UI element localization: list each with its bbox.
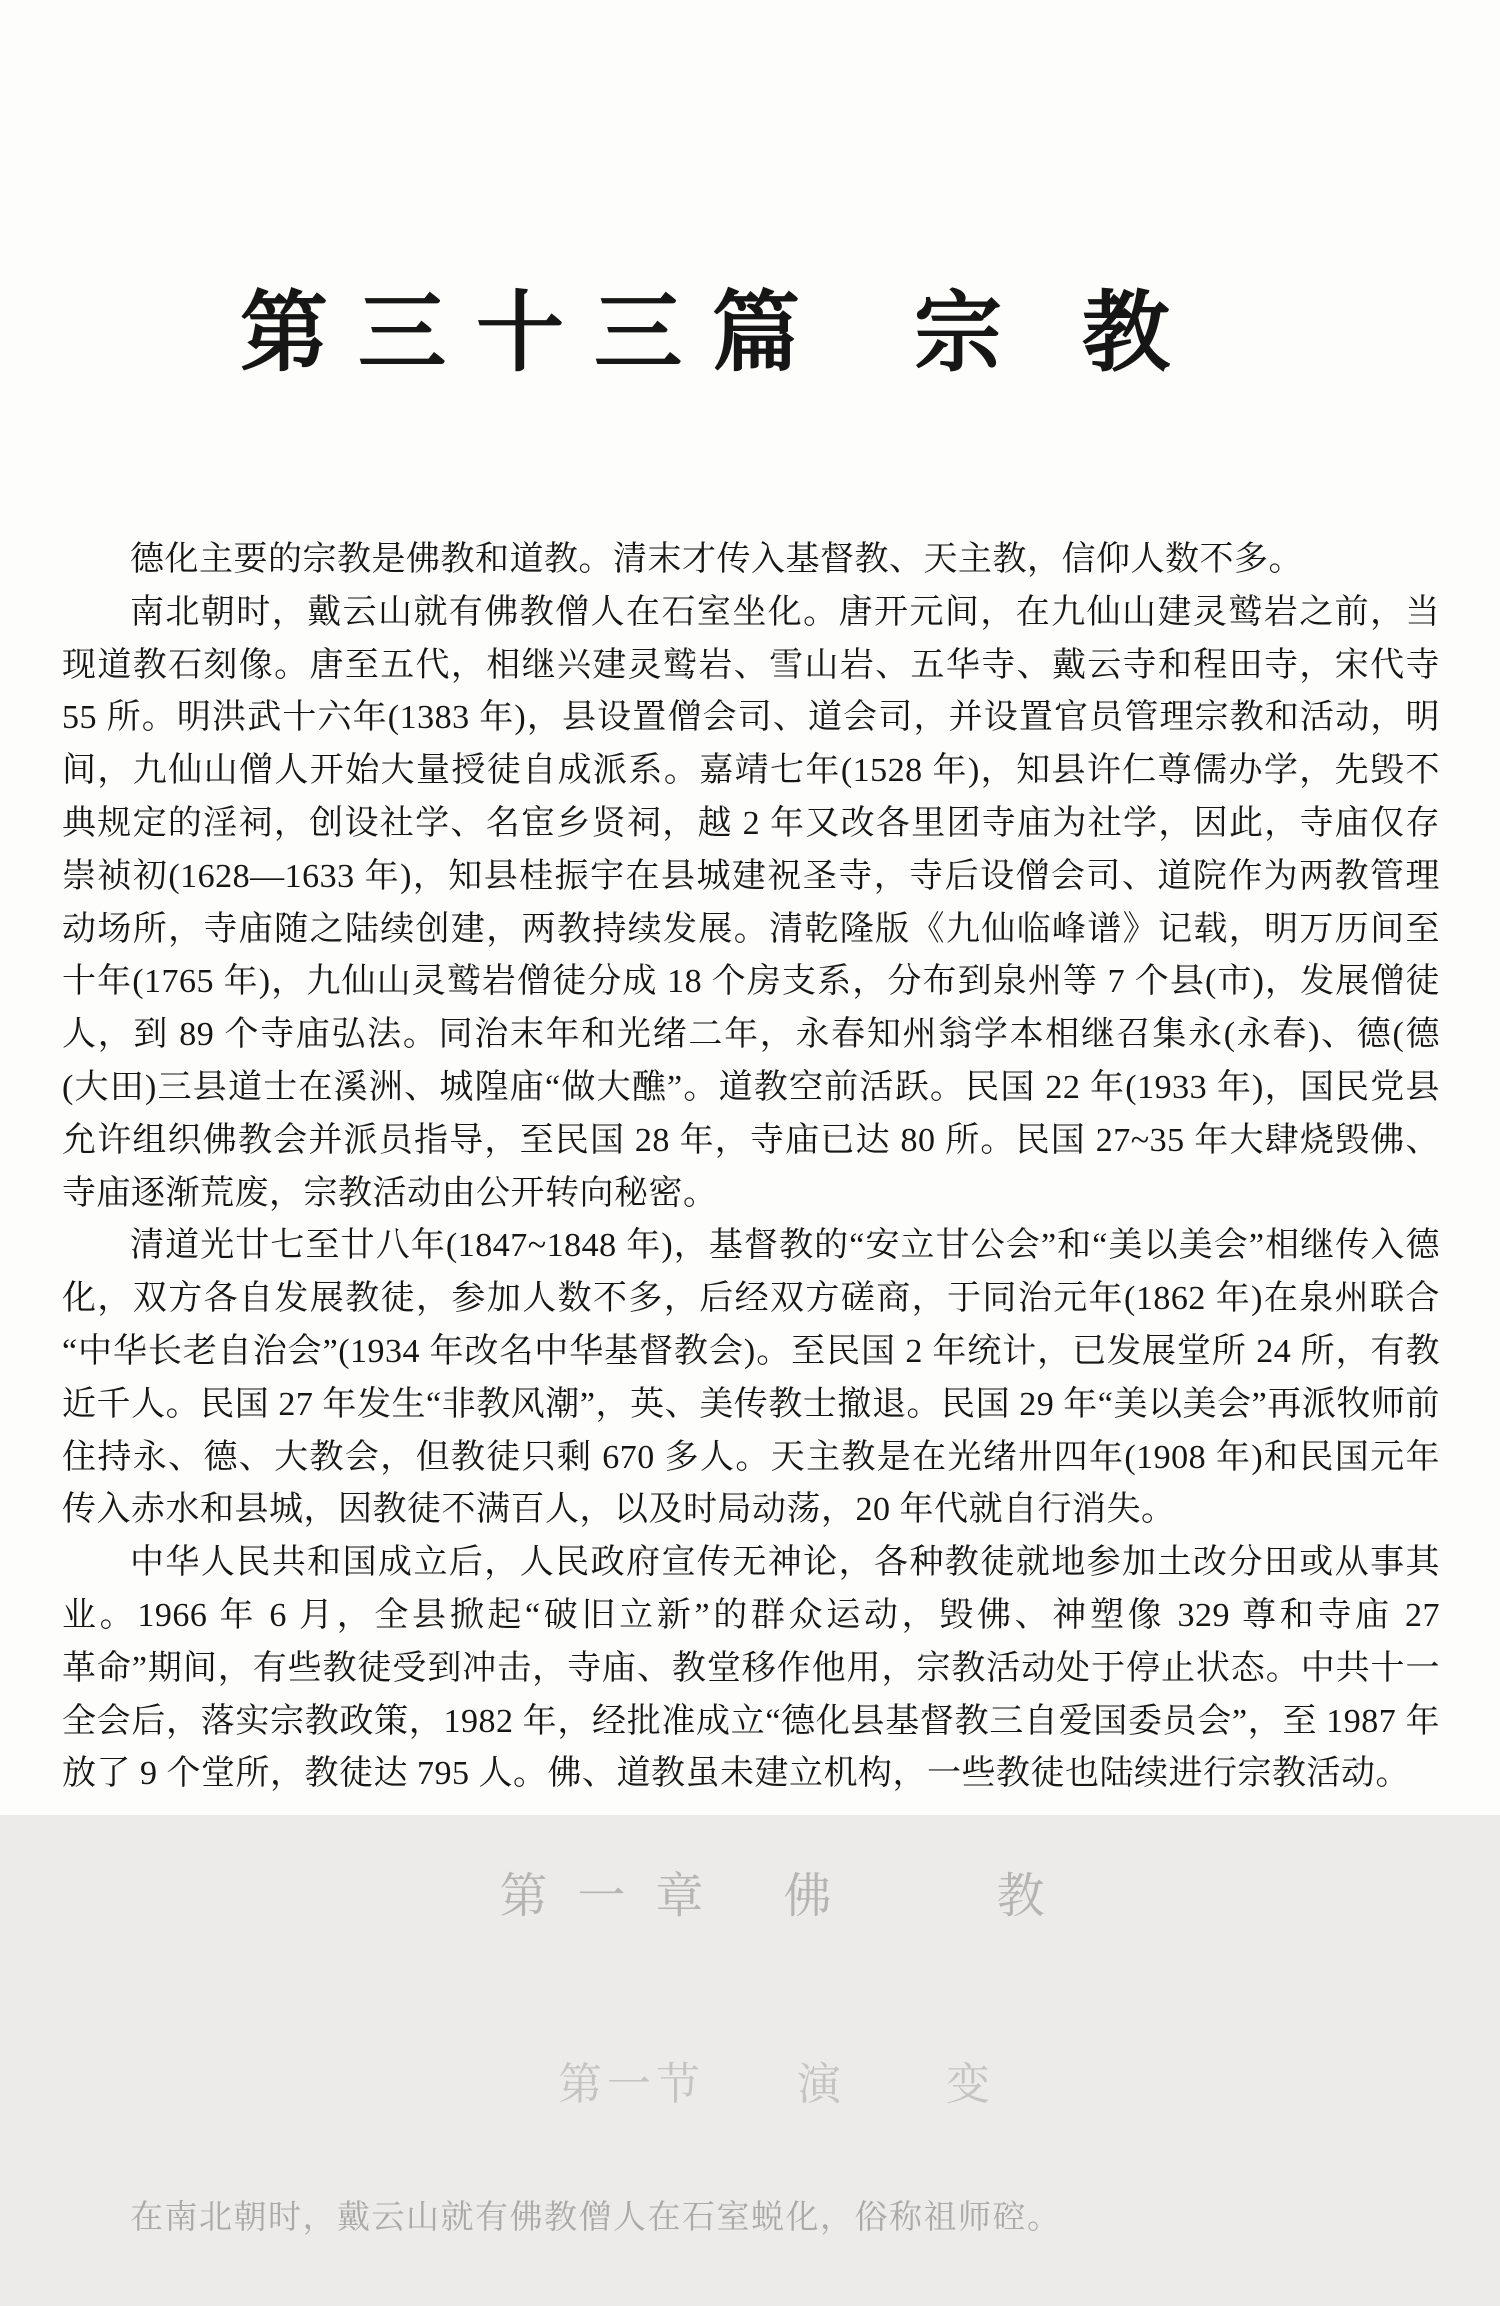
page-title-part: 教: [1082, 282, 1170, 383]
text-line: 中华人民共和国成立后，人民政府宣传无神论，各种教徒就地参加土改分田或从事其他职: [62, 1537, 1440, 1590]
text-line: 间，九仙山僧人开始大量授徒自成派系。嘉靖七年(1528 年)，知县许仁尊儒办学，…: [62, 745, 1440, 798]
text-line: 寺庙逐渐荒废，宗教活动由公开转向秘密。: [62, 1168, 1440, 1221]
text-line: 崇祯初(1628—1633 年)，知县桂振宇在县城建祝圣寺，寺后设僧会司、道院作…: [62, 851, 1440, 904]
page-title-part: 宗: [914, 282, 1002, 383]
text-line: 典规定的淫祠，创设社学、名宦乡贤祠，越 2 年又改各里团寺庙为社学，因此，寺庙仅…: [62, 798, 1440, 851]
section-heading-part: 第一节: [558, 2063, 705, 2107]
text-line: 清道光廿七至廿八年(1847~1848 年)，基督教的“安立甘公会”和“美以美会…: [62, 1220, 1440, 1273]
body-text: 德化主要的宗教是佛教和道教。清末才传入基督教、天主教，信仰人数不多。南北朝时，戴…: [62, 534, 1440, 1801]
text-line: 允许组织佛教会并派员指导，至民国 28 年，寺庙已达 80 所。民国 27~35…: [62, 1115, 1440, 1168]
text-line: 近千人。民国 27 年发生“非教风潮”，英、美传教士撤退。民国 29 年“美以美…: [62, 1379, 1440, 1432]
text-line: 现道教石刻像。唐至五代，相继兴建灵鹫岩、雪山岩、五华寺、戴云寺和程田寺，宋代寺庙…: [62, 640, 1440, 693]
page-title-part: 第三十三篇: [240, 282, 830, 383]
text-line: 十年(1765 年)，九仙山灵鹫岩僧徒分成 18 个房支系，分布到泉州等 7 个…: [62, 956, 1440, 1009]
chapter-heading-part: 佛: [783, 1873, 831, 1921]
faded-body-line: 在南北朝时，戴云山就有佛教僧人在石室蜕化，俗称祖师硿。: [130, 2199, 1062, 2239]
text-line: 德化主要的宗教是佛教和道教。清末才传入基督教、天主教，信仰人数不多。: [62, 534, 1440, 587]
text-line: “中华长老自治会”(1934 年改名中华基督教会)。至民国 2 年统计，已发展堂…: [62, 1326, 1440, 1379]
section-heading-part: 演: [797, 2063, 841, 2107]
text-line: 住持永、德、大教会，但教徒只剩 670 多人。天主教是在光绪卅四年(1908 年…: [62, 1432, 1440, 1485]
chapter-heading-part: 第一章: [499, 1873, 733, 1921]
text-line: 化，双方各自发展教徒，参加人数不多，后经双方磋商，于同治元年(1862 年)在泉…: [62, 1273, 1440, 1326]
text-line: 全会后，落实宗教政策，1982 年，经批准成立“德化县基督教三自爱国委员会”，至…: [62, 1696, 1440, 1749]
page-title: 第三十三篇 宗 教: [0, 282, 1455, 383]
text-line: 传入赤水和县城，因教徒不满百人，以及时局动荡，20 年代就自行消失。: [62, 1484, 1440, 1537]
text-line: 55 所。明洪武十六年(1383 年)，县设置僧会司、道会司，并设置官员管理宗教…: [62, 692, 1440, 745]
chapter-heading-part: 教: [997, 1873, 1045, 1921]
text-line: 革命”期间，有些教徒受到冲击，寺庙、教堂移作他用，宗教活动处于停止状态。中共十一…: [62, 1643, 1440, 1696]
text-line: 南北朝时，戴云山就有佛教僧人在石室坐化。唐开元间，在九仙山建灵鹫岩之前，当地已出: [62, 587, 1440, 640]
text-line: 业。1966 年 6 月，全县掀起“破旧立新”的群众运动，毁佛、神塑像 329 …: [62, 1590, 1440, 1643]
text-line: 人，到 89 个寺庙弘法。同治末年和光绪二年，永春知州翁学本相继召集永(永春)、…: [62, 1009, 1440, 1062]
section-heading: 第一节 演 变: [24, 2063, 1500, 2107]
text-line: 放了 9 个堂所，教徒达 795 人。佛、道教虽未建立机构，一些教徒也陆续进行宗…: [62, 1748, 1440, 1801]
chapter-heading: 第一章 佛 教: [22, 1873, 1500, 1921]
scanned-document-page: 第三十三篇 宗 教 德化主要的宗教是佛教和道教。清末才传入基督教、天主教，信仰人…: [0, 0, 1500, 2306]
text-line: (大田)三县道士在溪洲、城隍庙“做大醮”。道教空前活跃。民国 22 年(1933…: [62, 1062, 1440, 1115]
text-line: 动场所，寺庙随之陆续创建，两教持续发展。清乾隆版《九仙临峰谱》记载，明万历间至清…: [62, 904, 1440, 957]
next-chapter-faded-band: 第一章 佛 教 第一节 演 变 在南北朝时，戴云山就有佛教僧人在石室蜕化，俗称祖…: [0, 1815, 1500, 2306]
section-heading-part: 变: [946, 2063, 990, 2107]
